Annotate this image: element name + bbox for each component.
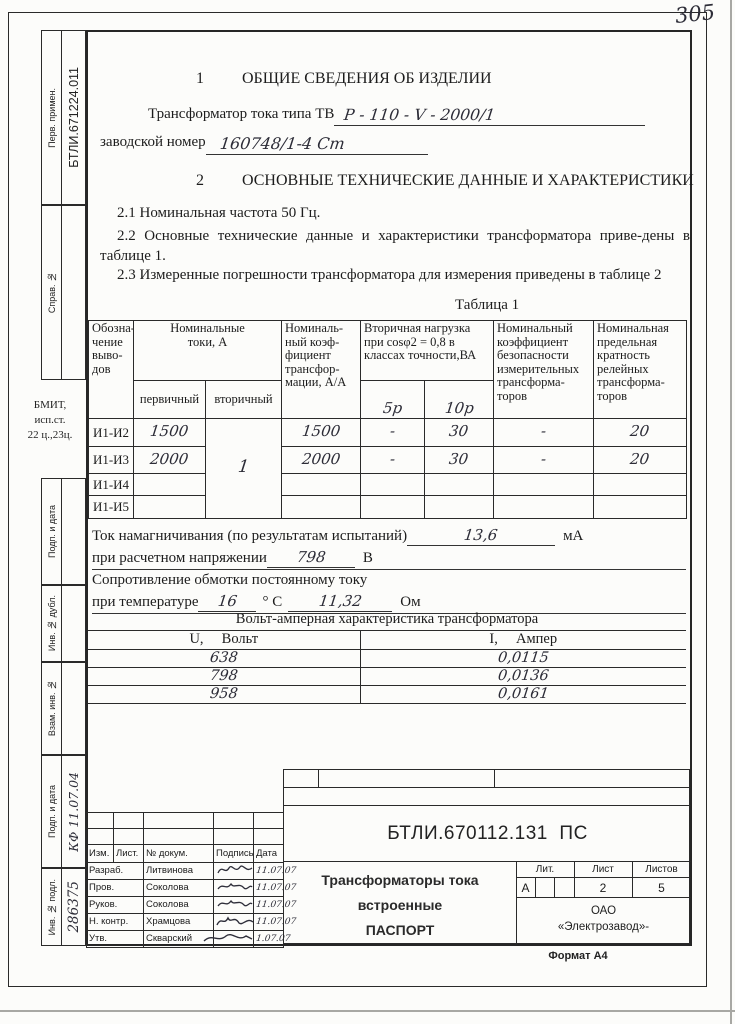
podp-data-label: Подп. и дата <box>47 505 57 558</box>
sig-signature <box>214 931 254 948</box>
cell-load-10p <box>425 474 494 496</box>
rev-header-data: Дата <box>254 845 284 863</box>
va-header-current: I, Ампер <box>360 630 686 649</box>
th-class-10p: 10р <box>425 381 494 419</box>
cell-ratio <box>282 474 361 496</box>
cell-primary: 1500 <box>134 419 206 447</box>
sidebar-box-inv-dubl: Инв. № дубл. <box>41 585 86 662</box>
sig-date: 11.07.07 <box>254 914 284 931</box>
cell-terminals: И1-И4 <box>89 474 134 496</box>
sig-signature <box>214 863 254 880</box>
sidebar-box-inv-podl: Инв. № подл. 286375 <box>41 868 86 946</box>
rated-voltage-label: при расчетном напряжении <box>92 550 267 567</box>
lit-header: Лит. <box>516 861 574 877</box>
magnetization-unit: мА <box>555 528 583 545</box>
th-nominal-currents: Номинальные токи, А <box>134 321 282 381</box>
magnetization-field: 13,6 <box>407 526 555 546</box>
cell-load-5p <box>361 496 425 519</box>
sheet-header: Лист <box>574 861 632 877</box>
sig-role: Утв. <box>87 931 144 948</box>
paragraph-2-2: 2.2 Основные технические данные и характ… <box>100 227 690 266</box>
section1-number: 1 <box>196 70 204 87</box>
sheet-value: 2 <box>574 878 632 897</box>
serial-number-label: заводской номер <box>100 134 206 155</box>
th-terminals: Обозна- чение выво- дов <box>89 321 134 419</box>
cell-safety: - <box>494 447 594 474</box>
company-name: ОАО «Электрозавод»- <box>516 903 691 935</box>
sig-name: Храмцова <box>144 914 214 931</box>
sig-name: Соколова <box>144 880 214 897</box>
document-title: Трансформаторы тока встроенные ПАСПОРТ <box>284 868 516 943</box>
perv-primen-value: БТЛИ.671224.011 <box>67 67 81 168</box>
va-cell-voltage: 798 <box>88 667 360 685</box>
signature-icon <box>216 880 254 893</box>
va-cell-current: 0,0115 <box>360 649 686 667</box>
sig-date: 11.07.07 <box>254 880 284 897</box>
rev-header-podpis: Подпись <box>214 845 254 863</box>
cell-load-10p: 30 <box>425 447 494 474</box>
sig-date: 11.07.07 <box>254 863 284 880</box>
temperature-label: при температуре <box>92 594 198 611</box>
va-header-voltage: U, Вольт <box>88 630 360 649</box>
va-cell-voltage: 958 <box>88 685 360 703</box>
cell-secondary-merged: 1 <box>206 419 282 519</box>
signature-icon <box>216 897 254 910</box>
cell-safety <box>494 474 594 496</box>
va-cell-current: 0,0136 <box>360 667 686 685</box>
va-cell-current: 0,0161 <box>360 685 686 703</box>
format-label: Формат А4 <box>498 950 658 962</box>
rev-header-dokum: № докум. <box>144 845 214 863</box>
podp-data-label-2: Подп. и дата <box>47 785 57 838</box>
lit-value: А <box>516 878 535 897</box>
temperature-field: 16 <box>198 592 256 612</box>
cell-load-5p: - <box>361 447 425 474</box>
rated-voltage-field: 798 <box>267 548 355 568</box>
section1-heading: 1 ОБЩИЕ СВЕДЕНИЯ ОБ ИЗДЕЛИИ <box>196 70 492 88</box>
table1-caption: Таблица 1 <box>455 297 519 314</box>
transformer-type-line: Трансформатор тока типа ТВ Р - 110 - V -… <box>148 106 645 126</box>
vzam-inv-label: Взам. инв. № <box>47 680 57 736</box>
transformer-type-field: Р - 110 - V - 2000/1 <box>334 106 645 126</box>
inv-dubl-label: Инв. № дубл. <box>47 595 57 651</box>
cell-terminals: И1-И5 <box>89 496 134 519</box>
rev-header-list: Лист. <box>114 845 144 863</box>
sidebar-note-bmit: БМИТ, исп.ст. 22 ц.,23ц. <box>14 398 86 443</box>
document-title-line: ПАСПОРТ <box>284 918 516 943</box>
signature-icon <box>216 863 254 876</box>
cell-load-10p: 30 <box>425 419 494 447</box>
th-ratio: Номиналь- ный коэф- фициент трансфор- ма… <box>282 321 361 419</box>
th-safety-factor: Номинальный коэффициент безопасности изм… <box>494 321 594 419</box>
cell-load-10p <box>425 496 494 519</box>
revision-table: Изм. Лист. № докум. Подпись Дата Разраб.… <box>86 812 284 948</box>
cell-terminals: И1-И3 <box>89 447 134 474</box>
sig-name: Литвинова <box>144 863 214 880</box>
temperature-unit: ° С <box>256 594 288 611</box>
inv-podl-label: Инв. № подл. <box>47 879 57 935</box>
rated-voltage-line: при расчетном напряжении 798 В <box>92 548 686 570</box>
handwritten-transformer-type: Р - 110 - V - 2000/1 <box>343 106 496 124</box>
sig-role: Руков. <box>87 897 144 914</box>
sig-role: Н. контр. <box>87 914 144 931</box>
cell-multiplicity <box>594 496 687 519</box>
rev-header-izm: Изм. <box>87 845 114 863</box>
document-title-line: Трансформаторы тока <box>284 868 516 893</box>
handwritten-rated-voltage: 798 <box>295 548 326 566</box>
cell-primary <box>134 496 206 519</box>
cell-ratio: 1500 <box>282 419 361 447</box>
magnetization-line: Ток намагничивания (по результатам испыт… <box>92 526 686 546</box>
section2-title: ОСНОВНЫЕ ТЕХНИЧЕСКИЕ ДАННЫЕ И ХАРАКТЕРИС… <box>242 172 694 189</box>
cell-multiplicity <box>594 474 687 496</box>
resistance-field: 11,32 <box>288 592 392 612</box>
th-secondary-load: Вторичная нагрузка при cosφ2 = 0,8 в кла… <box>361 321 494 381</box>
section2-number: 2 <box>196 172 204 189</box>
resistance-unit: Ом <box>392 594 420 611</box>
magnetization-label: Ток намагничивания (по результатам испыт… <box>92 528 407 545</box>
transformer-type-label: Трансформатор тока типа ТВ <box>148 106 334 126</box>
sig-role: Разраб. <box>87 863 144 880</box>
serial-number-field: 160748/1-4 Ст <box>206 134 428 155</box>
sidebar-box-podp-data-1: Подп. и дата <box>41 478 86 585</box>
scanned-passport-page: 305 Перв. примен. БТЛИ.671224.011 Справ.… <box>0 0 735 1024</box>
document-number: БТЛИ.670112.131 ПС <box>284 806 691 861</box>
page-edge-right <box>730 0 732 1024</box>
handwritten-magnetization-current: 13,6 <box>463 526 499 544</box>
cell-ratio <box>282 496 361 519</box>
handwritten-inv-number: 286375 <box>66 881 82 933</box>
th-primary: первичный <box>134 381 206 419</box>
signature-icon <box>202 931 254 944</box>
cell-multiplicity: 20 <box>594 419 687 447</box>
cell-terminals: И1-И2 <box>89 419 134 447</box>
cell-safety: - <box>494 419 594 447</box>
title-block-right: БТЛИ.670112.131 ПС Трансформаторы тока в… <box>283 769 690 944</box>
cell-load-5p: - <box>361 419 425 447</box>
cell-load-5p <box>361 474 425 496</box>
rated-voltage-unit: В <box>355 550 373 567</box>
sig-role: Пров. <box>87 880 144 897</box>
sig-signature <box>214 897 254 914</box>
sig-date: 1.07.07 <box>254 931 284 948</box>
sig-date: 11.07.07 <box>254 897 284 914</box>
sprav-label: Справ. № <box>47 272 57 313</box>
sig-signature <box>214 880 254 897</box>
sidebar-box-podp-data-2: Подп. и дата КФ 11.07.04 <box>41 755 86 868</box>
sidebar-box-perv-primen: Перв. примен. БТЛИ.671224.011 <box>41 30 86 205</box>
document-title-line: встроенные <box>284 893 516 918</box>
handwritten-temperature: 16 <box>217 592 238 610</box>
signature-icon <box>216 914 254 927</box>
handwritten-serial-number: 160748/1-4 Ст <box>218 134 345 153</box>
paragraph-2-3: 2.3 Измеренные погрешности трансформатор… <box>100 266 690 286</box>
cell-primary: 2000 <box>134 447 206 474</box>
handwritten-resistance: 11,32 <box>318 592 363 610</box>
va-table-title: Вольт-амперная характеристика трансформа… <box>88 610 686 630</box>
handwritten-page-number: 305 <box>674 0 716 28</box>
volt-ampere-table: Вольт-амперная характеристика трансформа… <box>88 610 686 704</box>
sheets-header: Листов <box>632 861 691 877</box>
company-line: ОАО <box>516 903 691 919</box>
section2-heading: 2 ОСНОВНЫЕ ТЕХНИЧЕСКИЕ ДАННЫЕ И ХАРАКТЕР… <box>196 172 694 190</box>
th-secondary: вторичный <box>206 381 282 419</box>
company-line: «Электрозавод»- <box>516 919 691 935</box>
page-edge-bottom <box>0 1010 735 1012</box>
sig-name: Соколова <box>144 897 214 914</box>
cell-primary <box>134 474 206 496</box>
th-class-5p: 5р <box>361 381 425 419</box>
sidebar-box-sprav: Справ. № <box>41 205 86 380</box>
serial-number-line: заводской номер 160748/1-4 Ст <box>100 134 428 155</box>
cell-ratio: 2000 <box>282 447 361 474</box>
winding-resistance-label: Сопротивление обмотки постоянному току <box>92 572 367 589</box>
cell-multiplicity: 20 <box>594 447 687 474</box>
sidebar-box-vzam-inv: Взам. инв. № <box>41 662 86 755</box>
th-limit-multiplicity: Номинальная предельная кратность релейны… <box>594 321 687 419</box>
sig-signature <box>214 914 254 931</box>
cell-safety <box>494 496 594 519</box>
handwritten-podp-data: КФ 11.07.04 <box>66 772 81 852</box>
va-cell-voltage: 638 <box>88 649 360 667</box>
perv-primen-label: Перв. примен. <box>47 88 57 148</box>
sheets-value: 5 <box>632 878 691 897</box>
section1-title: ОБЩИЕ СВЕДЕНИЯ ОБ ИЗДЕЛИИ <box>242 70 492 87</box>
main-spec-table: Обозна- чение выво- дов Номинальные токи… <box>88 320 687 519</box>
paragraph-2-1: 2.1 Номинальная частота 50 Гц. <box>100 205 692 222</box>
